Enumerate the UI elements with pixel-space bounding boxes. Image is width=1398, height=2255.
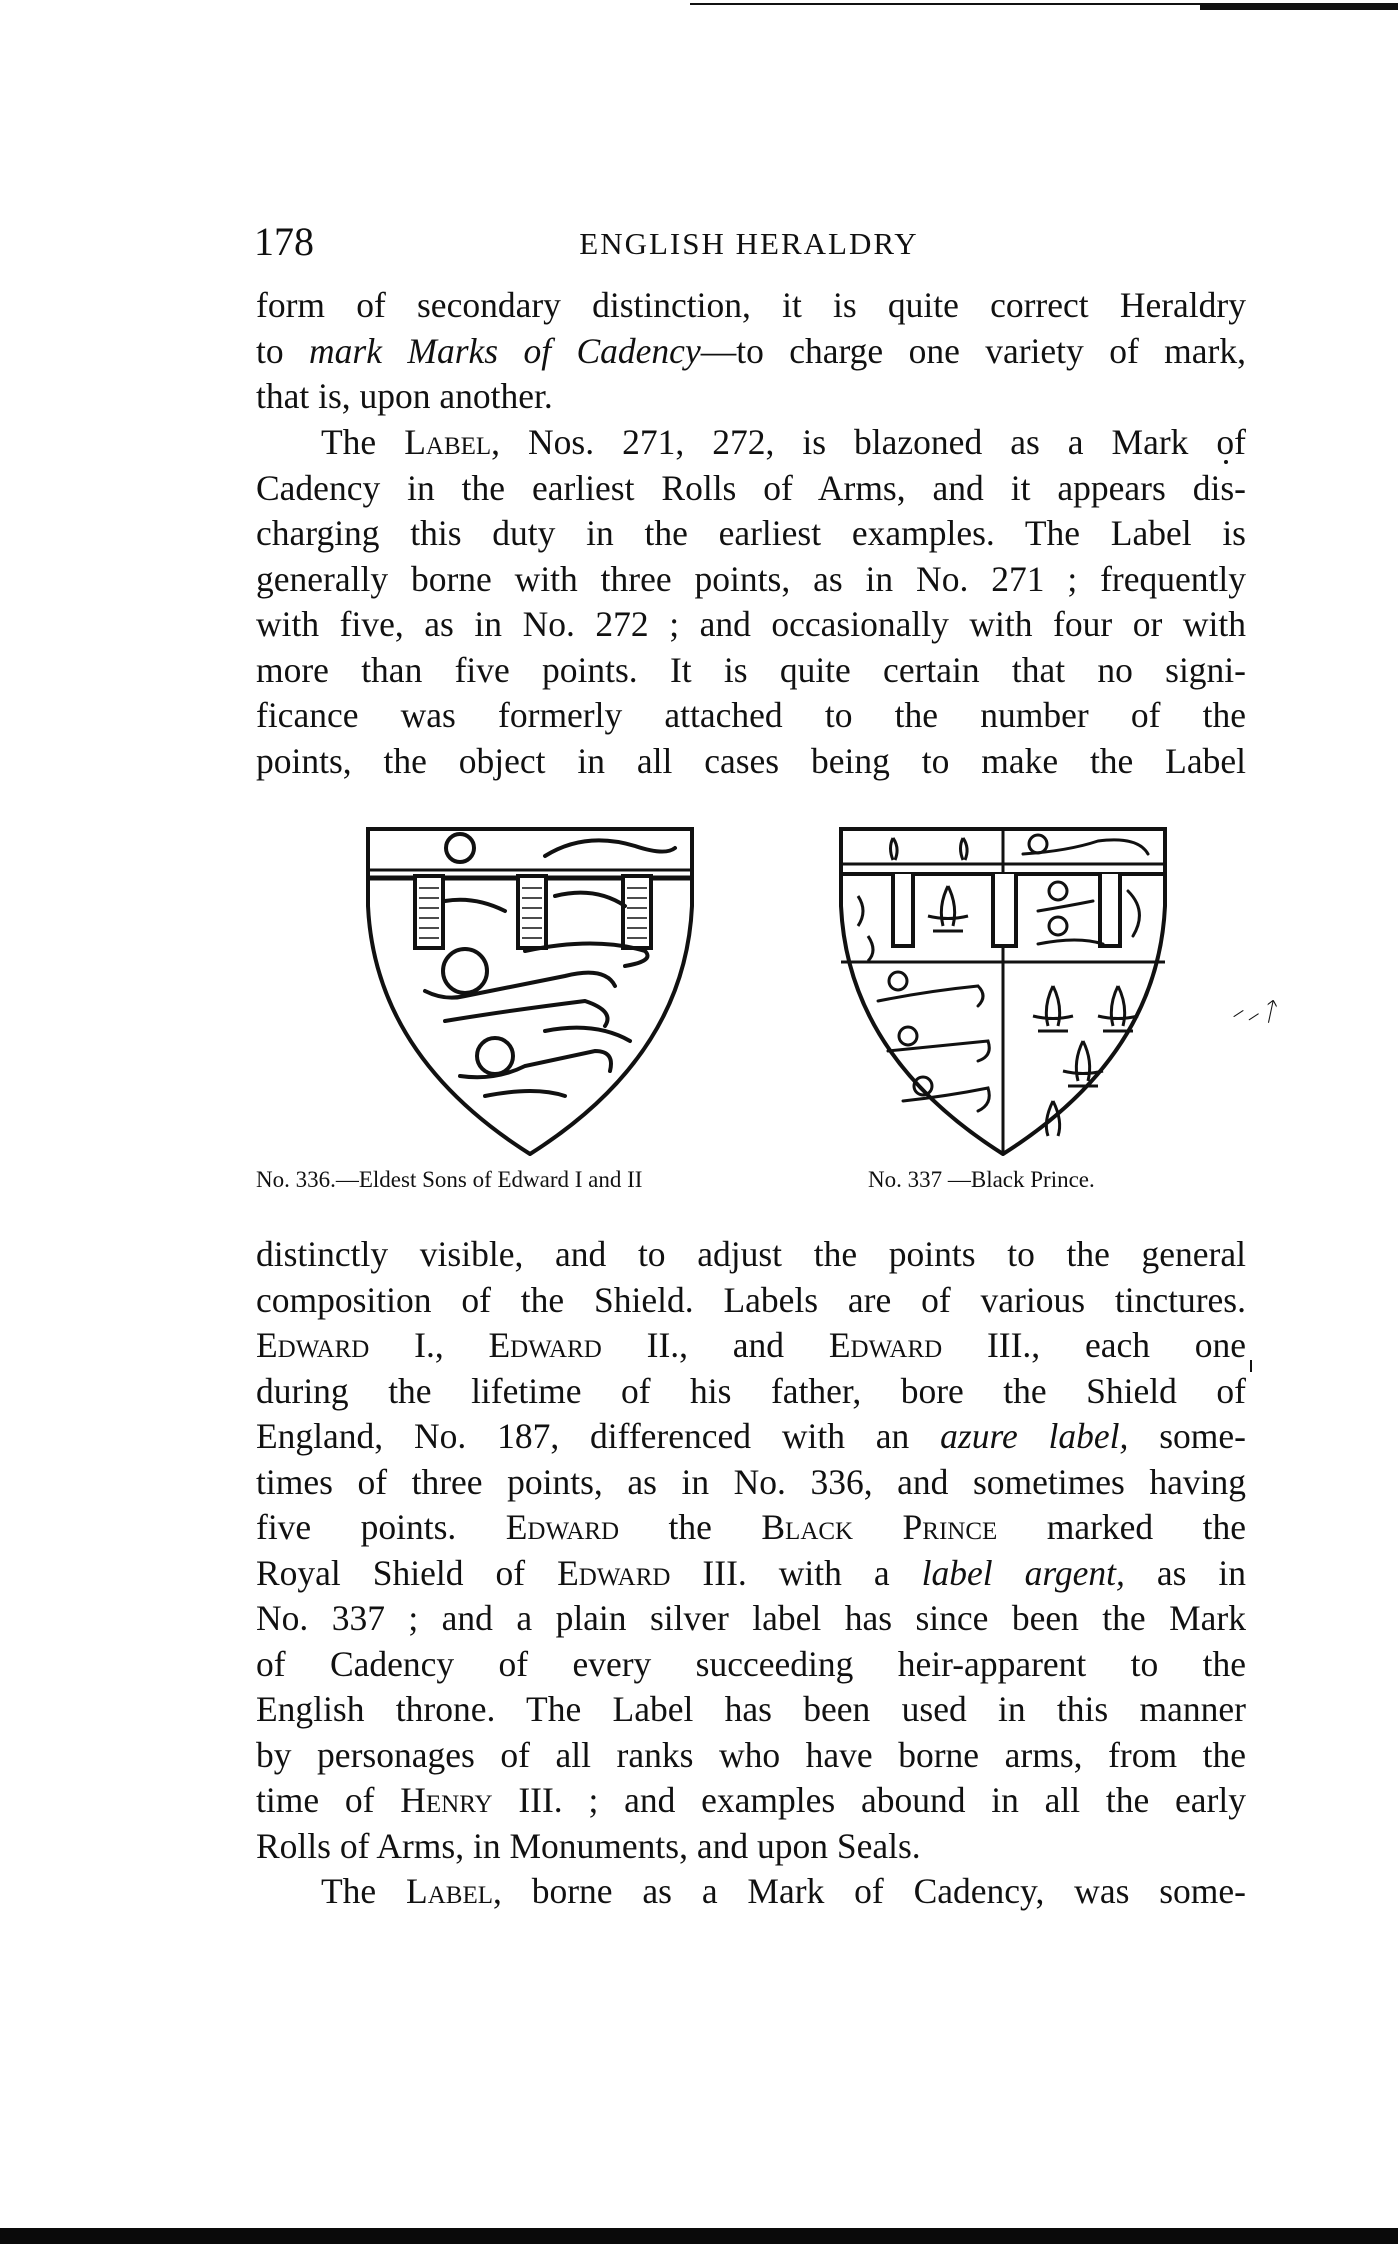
text-line: charging this duty in the earliest examp… (256, 511, 1246, 557)
text-line: England, No. 187, differenced with an az… (256, 1414, 1246, 1460)
text-line: The Label, Nos. 271, 272, is blazoned as… (256, 420, 1246, 466)
figure-336-caption: No. 336.—Eldest Sons of Edward I and II (256, 1167, 642, 1193)
text-line: Edward I., Edward II., and Edward III., … (256, 1323, 1246, 1369)
text-line: composition of the Shield. Labels are of… (256, 1278, 1246, 1324)
figure-336-shield (365, 826, 695, 1161)
text-line: points, the object in all cases being to… (256, 739, 1246, 785)
paragraph-label-intro: The Label, Nos. 271, 272, is blazoned as… (256, 420, 1246, 784)
paragraph-continuation: form of secondary distinction, it is qui… (256, 283, 1246, 420)
text-line: ficance was formerly attached to the num… (256, 693, 1246, 739)
text-line: generally borne with three points, as in… (256, 557, 1246, 603)
text-line: during the lifetime of his father, bore … (256, 1369, 1246, 1415)
text-line: five points. Edward the Black Prince mar… (256, 1505, 1246, 1551)
paragraph-label-usage: distinctly visible, and to adjust the po… (256, 1232, 1246, 1915)
scan-dot (1224, 460, 1228, 464)
figure-337-shield (838, 826, 1168, 1161)
text-line: Cadency in the earliest Rolls of Arms, a… (256, 466, 1246, 512)
running-title: ENGLISH HERALDRY (254, 226, 1244, 262)
shield-black-prince-label-icon (838, 826, 1168, 1156)
text-line: Royal Shield of Edward III. with a label… (256, 1551, 1246, 1597)
text-line: Rolls of Arms, in Monuments, and upon Se… (256, 1824, 1246, 1870)
scan-edge-top-thick (1200, 5, 1398, 10)
text-line: that is, upon another. (256, 374, 1246, 420)
text-line: times of three points, as in No. 336, an… (256, 1460, 1246, 1506)
text-line: to mark Marks of Cadency—to charge one v… (256, 329, 1246, 375)
text-line: with five, as in No. 272 ; and occasiona… (256, 602, 1246, 648)
scan-edge-bottom (0, 2228, 1398, 2244)
text-line: distinctly visible, and to adjust the po… (256, 1232, 1246, 1278)
shield-england-label-icon (365, 826, 695, 1156)
text-line-paragraph-4: The Label, borne as a Mark of Cadency, w… (256, 1869, 1246, 1915)
scan-tick (1250, 1360, 1252, 1372)
text-line: more than five points. It is quite certa… (256, 648, 1246, 694)
text-line: of Cadency of every succeeding heir-appa… (256, 1642, 1246, 1688)
page-header: 178 ENGLISH HERALDRY (254, 218, 1244, 268)
text-line: No. 337 ; and a plain silver label has s… (256, 1596, 1246, 1642)
text-line: by personages of all ranks who have born… (256, 1733, 1246, 1779)
text-line: English throne. The Label has been used … (256, 1687, 1246, 1733)
figure-337-caption: No. 337 —Black Prince. (868, 1167, 1095, 1193)
text-line: form of secondary distinction, it is qui… (256, 283, 1246, 329)
scan-mark: ⸝⸝ᛏ (1229, 989, 1281, 1028)
text-line: time of Henry III. ; and examples abound… (256, 1778, 1246, 1824)
